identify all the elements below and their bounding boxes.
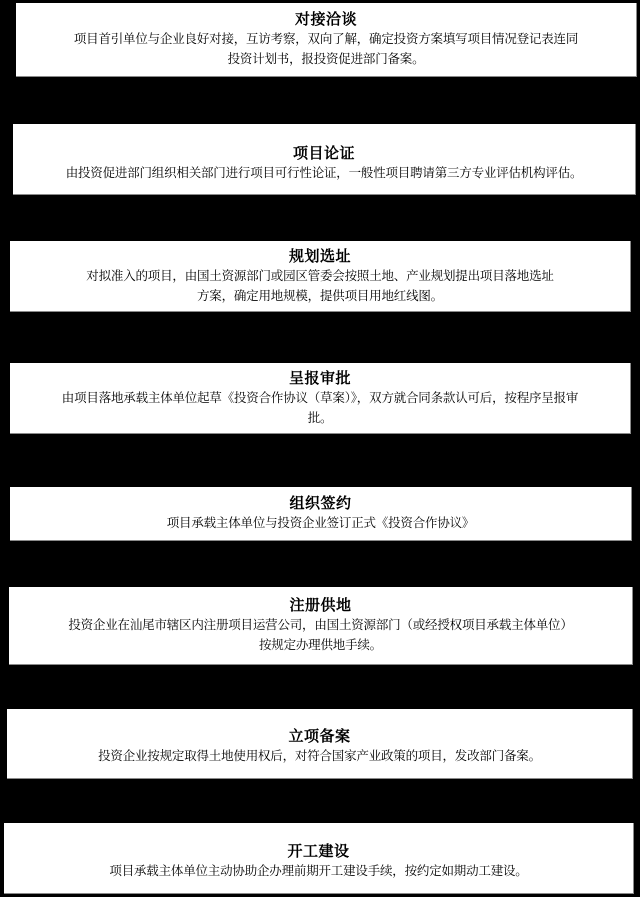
step-submit-approval: 呈报审批 由项目落地承载主体单位起草《投资合作协议（草案）》，双方就合同条款认可… (10, 363, 631, 434)
step-title: 呈报审批 (289, 369, 351, 388)
step-project-filing: 立项备案 投资企业按规定取得土地使用权后，对符合国家产业政策的项目，发改部门备案… (7, 709, 633, 779)
step-title: 注册供地 (289, 596, 351, 615)
step-signing: 组织签约 项目承载主体单位与投资企业签订正式《投资合作协议》 (10, 487, 632, 541)
step-description-line: 由项目落地承载主体单位起草《投资合作协议（草案）》，双方就合同条款认可后，按程序… (62, 388, 578, 408)
step-description-line: 对拟准入的项目，由国土资源部门或园区管委会按照土地、产业规划提出项目落地选址 (86, 266, 553, 286)
step-description-line: 项目承载主体单位主动协助企办理前期开工建设手续，按约定如期动工建设。 (109, 861, 527, 881)
step-registration-land-supply: 注册供地 投资企业在汕尾市辖区内注册项目运营公司，由国土资源部门（或经授权项目承… (9, 587, 633, 665)
step-title: 立项备案 (288, 727, 350, 746)
step-site-planning: 规划选址 对拟准入的项目，由国土资源部门或园区管委会按照土地、产业规划提出项目落… (10, 241, 631, 312)
step-title: 项目论证 (293, 144, 355, 163)
step-title: 开工建设 (287, 842, 349, 861)
step-description-line: 按规定办理供地手续。 (259, 635, 382, 655)
step-description-line: 批。 (308, 408, 333, 428)
step-title: 规划选址 (289, 247, 351, 266)
step-title: 对接洽谈 (295, 10, 357, 29)
step-description-line: 投资企业按规定取得土地使用权后，对符合国家产业政策的项目，发改部门备案。 (98, 746, 541, 766)
step-description-line: 项目首引单位与企业良好对接，互访考察，双向了解，确定投资方案填写项目情况登记表连… (74, 29, 578, 49)
step-title: 组织签约 (289, 494, 351, 513)
step-negotiation: 对接洽谈 项目首引单位与企业良好对接，互访考察，双向了解，确定投资方案填写项目情… (16, 3, 637, 77)
step-project-evaluation: 项目论证 由投资促进部门组织相关部门进行项目可行性论证，一般性项目聘请第三方专业… (13, 124, 636, 195)
step-description-line: 项目承载主体单位与投资企业签订正式《投资合作协议》 (167, 513, 475, 533)
step-description-line: 方案，确定用地规模，提供项目用地红线图。 (197, 286, 443, 306)
step-description-line: 投资企业在汕尾市辖区内注册项目运营公司，由国土资源部门（或经授权项目承载主体单位… (68, 615, 572, 635)
step-construction-start: 开工建设 项目承载主体单位主动协助企办理前期开工建设手续，按约定如期动工建设。 (4, 823, 634, 894)
step-description-line: 投资计划书，报投资促进部门备案。 (228, 49, 425, 69)
step-description-line: 由投资促进部门组织相关部门进行项目可行性论证，一般性项目聘请第三方专业评估机构评… (66, 163, 583, 183)
